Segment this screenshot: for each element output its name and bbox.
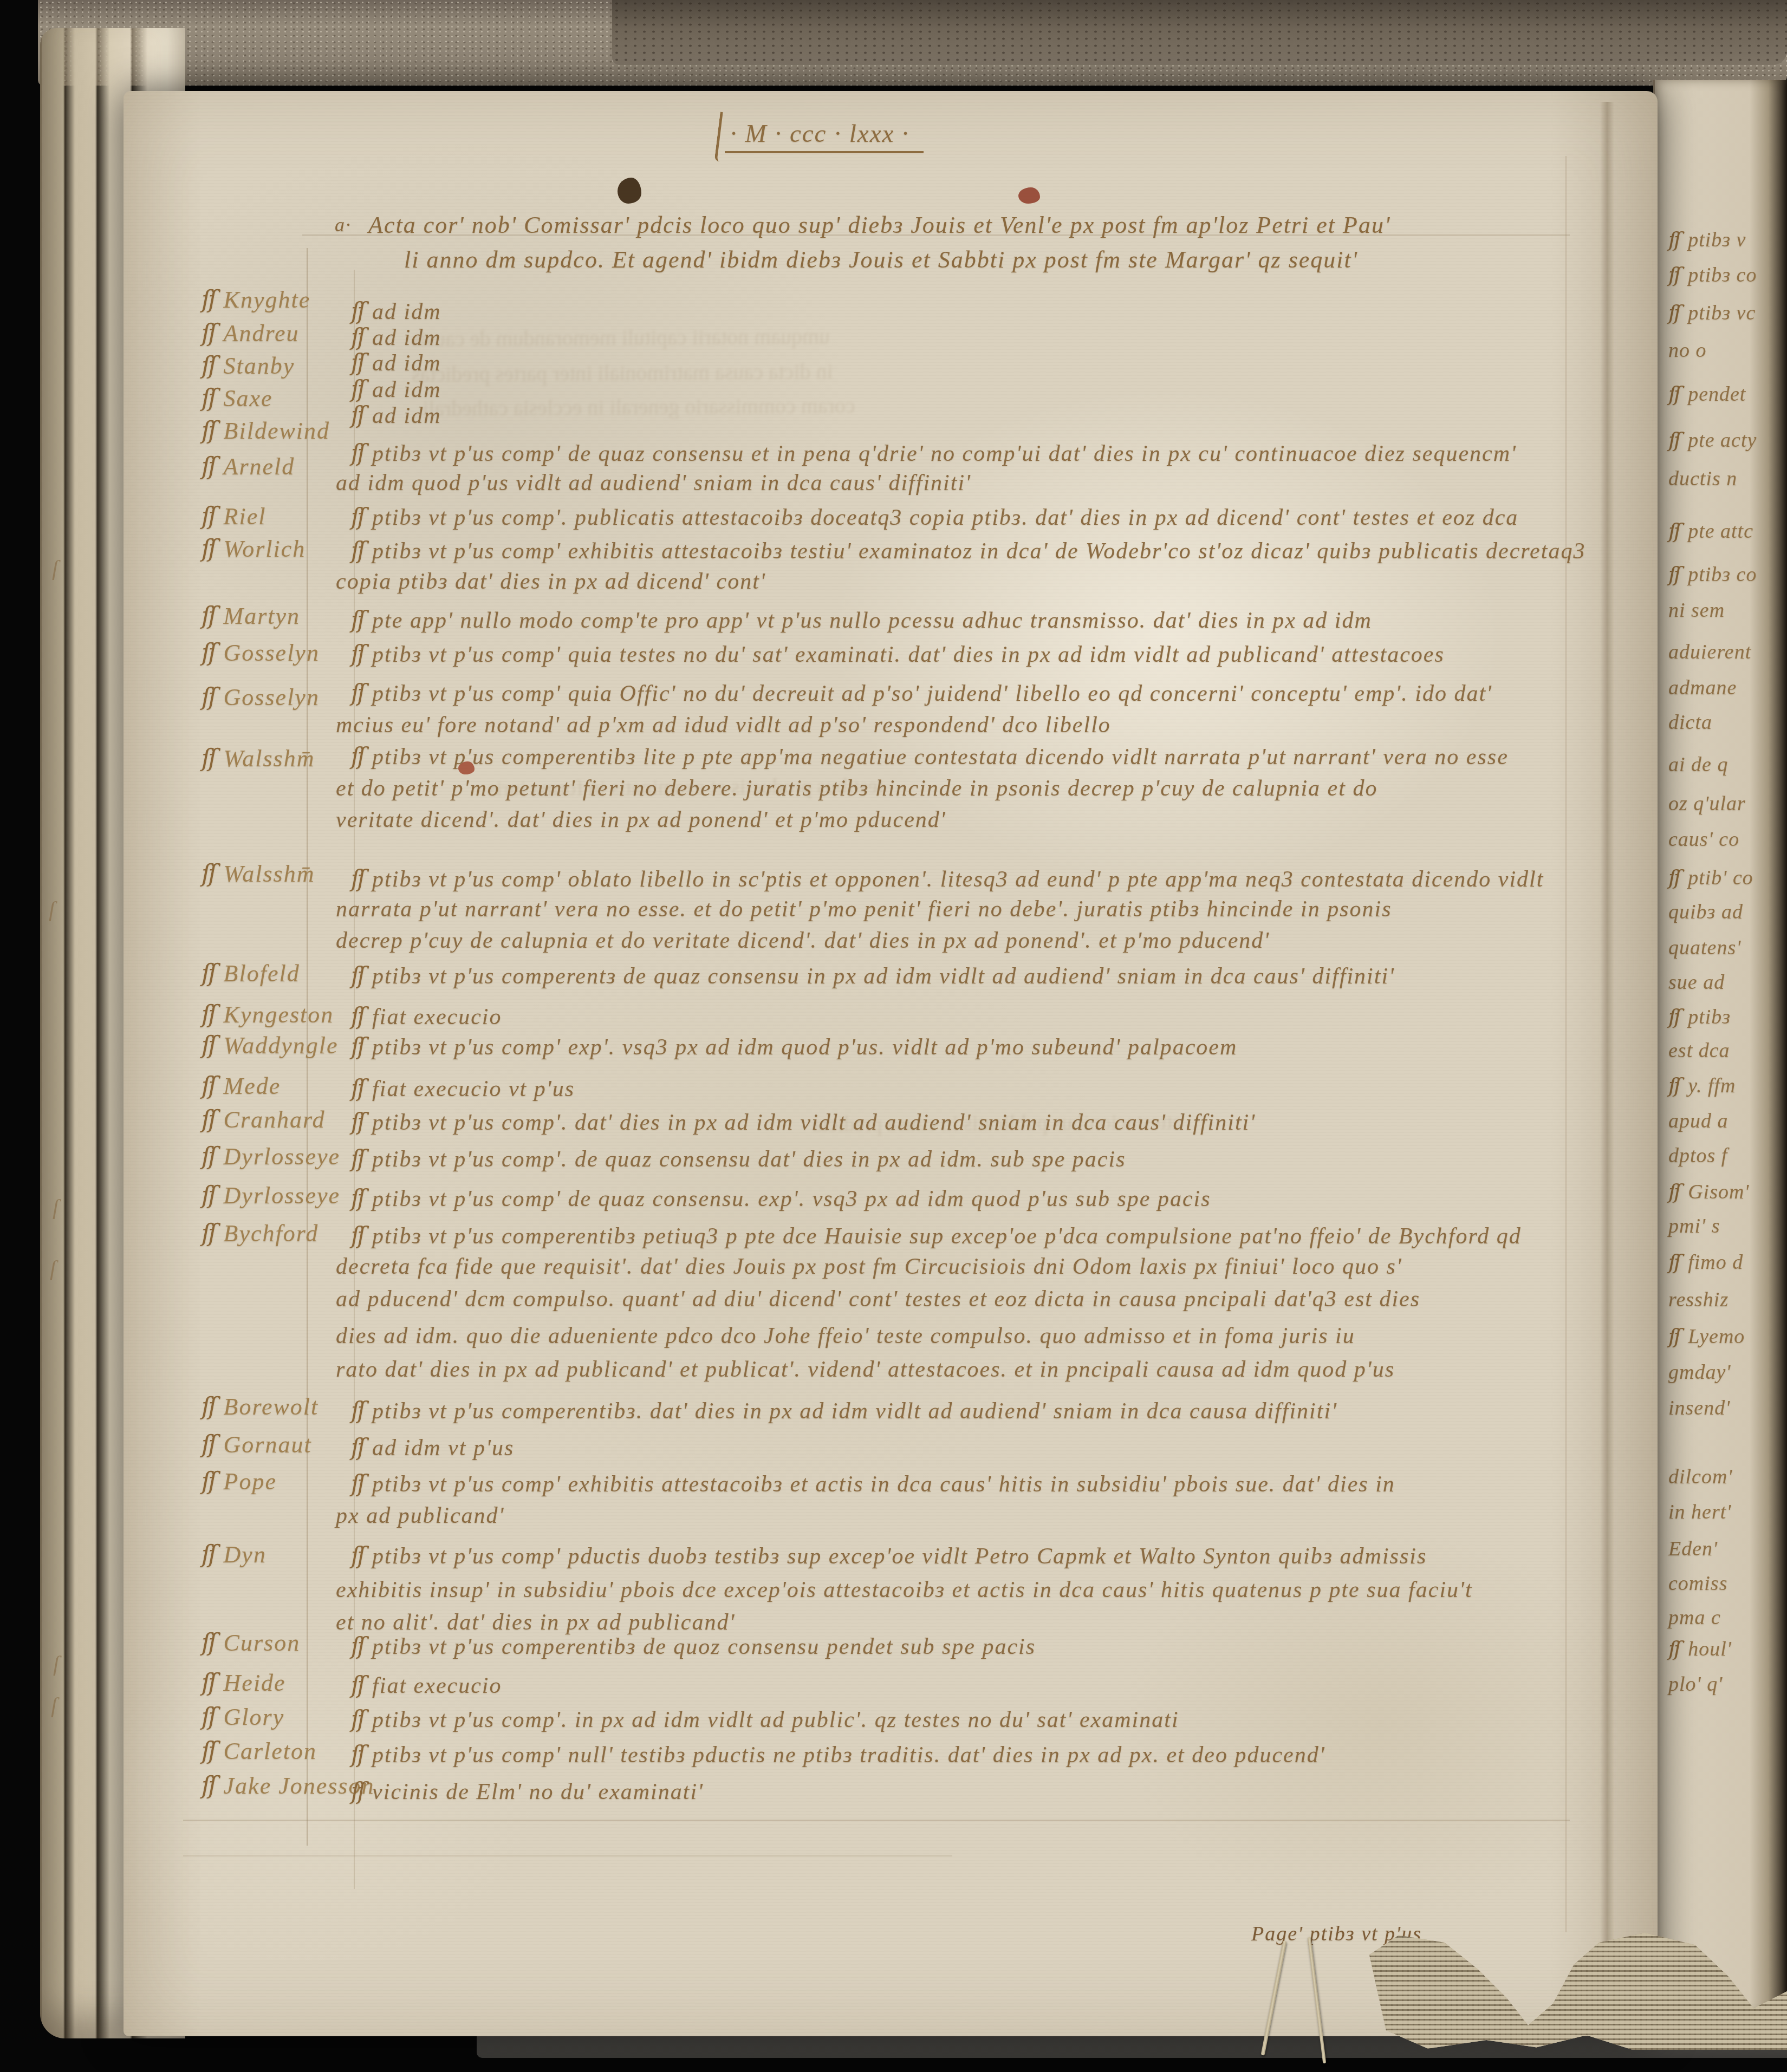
fragment-line: ſſptibз co [1668, 562, 1757, 587]
fragment-line: caus' co [1668, 828, 1739, 851]
fragment-line: insend' [1668, 1396, 1730, 1420]
show-through-text: umquam notarii capituli memorandum de ca… [124, 91, 1658, 2036]
paraph-mark-icon: ſſ [1668, 1324, 1679, 1348]
fragment-line: est dca [1668, 1039, 1730, 1063]
fragment-line: ai de q [1668, 753, 1728, 777]
fragment-line: plo' q' [1668, 1672, 1723, 1696]
paraph-mark-icon: ſſ [1668, 227, 1679, 251]
fragment-line: ſſLyemo [1668, 1324, 1745, 1348]
fragment-line: quatens' [1668, 936, 1741, 960]
fragment-line: no o [1668, 338, 1707, 362]
paraph-mark-icon: ſſ [1668, 1073, 1679, 1097]
fragment-line: comiss [1668, 1572, 1727, 1595]
fragment-line: ſſy. ffm [1668, 1073, 1736, 1098]
fragment-line: quibз ad [1668, 900, 1743, 924]
fragment-line: sue ad [1668, 970, 1725, 994]
fragment-line: admane [1668, 676, 1737, 700]
fragment-line: ſſpte attc [1668, 519, 1753, 543]
fragment-line: ſſpte acty [1668, 428, 1757, 452]
fragment-line: ſſptibз [1668, 1005, 1731, 1029]
fragment-line: ſſpendet [1668, 382, 1746, 406]
paraph-mark-icon: ſſ [1668, 865, 1679, 889]
fragment-line: aduierent [1668, 640, 1751, 664]
ghost-line: umquam notarii capituli memorandum de ca… [412, 323, 830, 351]
fragment-line: ſſGisom' [1668, 1180, 1750, 1204]
fragment-line: ſſptibз v [1668, 227, 1746, 252]
ghost-line: in dicta causa matrimoniali inter partes… [412, 359, 833, 387]
facing-page-text-fragments: ſſptibз vſſptibз coſſptibз vcno oſſpende… [1653, 80, 1787, 2014]
paraph-mark-icon: ſſ [1668, 382, 1679, 406]
fragment-line: dicta [1668, 711, 1712, 734]
paraph-mark-icon: ſſ [1668, 1637, 1679, 1660]
fragment-line: resshiz [1668, 1288, 1728, 1312]
fragment-line: pma c [1668, 1606, 1721, 1630]
ghost-line: attestacionibus publicatis in causa pred… [813, 1109, 1182, 1137]
fragment-line: ſſptib' co [1668, 865, 1753, 890]
paraph-mark-icon: ſſ [1668, 1005, 1679, 1028]
paraph-mark-icon: ſſ [1668, 263, 1679, 286]
manuscript-page: · M · ccc · lxxx · a· Acta cor' nob' Com… [124, 91, 1658, 2036]
fragment-line: ſſptibз co [1668, 263, 1757, 287]
paraph-mark-icon: ſſ [1668, 428, 1679, 452]
fragment-line: in hert' [1668, 1500, 1731, 1524]
fragment-line: oz q'ular [1668, 792, 1746, 816]
facing-page-edge: ſſptibз vſſptibз coſſptibз vcno oſſpende… [1653, 80, 1787, 2014]
ghost-line: coram commissario generali in ecclesia c… [423, 393, 855, 421]
paraph-mark-icon: ſſ [1668, 1180, 1679, 1203]
fragment-line: pmi' s [1668, 1214, 1720, 1238]
paraph-mark-icon: ſſ [1668, 1250, 1679, 1274]
fragment-line: apud a [1668, 1109, 1728, 1133]
fragment-line: ni sem [1668, 598, 1725, 622]
fragment-line: ductis n [1668, 467, 1737, 491]
fragment-line: ſſfimo d [1668, 1250, 1743, 1274]
paraph-mark-icon: ſſ [1668, 519, 1679, 543]
fragment-line: gmday' [1668, 1360, 1731, 1384]
paraph-mark-icon: ſſ [1668, 301, 1679, 324]
paraph-mark-icon: ſſ [1668, 562, 1679, 586]
book-top-edge-dark-band [612, 0, 1787, 65]
fragment-line: ſſptibз vc [1668, 301, 1756, 325]
ghost-line: testibus productis et examinatis in form… [488, 773, 883, 801]
fragment-line: ſſhoul' [1668, 1637, 1732, 1661]
fragment-line: dptos f [1668, 1144, 1727, 1168]
fragment-line: dilcom' [1668, 1465, 1733, 1489]
fragment-line: Eden' [1668, 1537, 1718, 1561]
